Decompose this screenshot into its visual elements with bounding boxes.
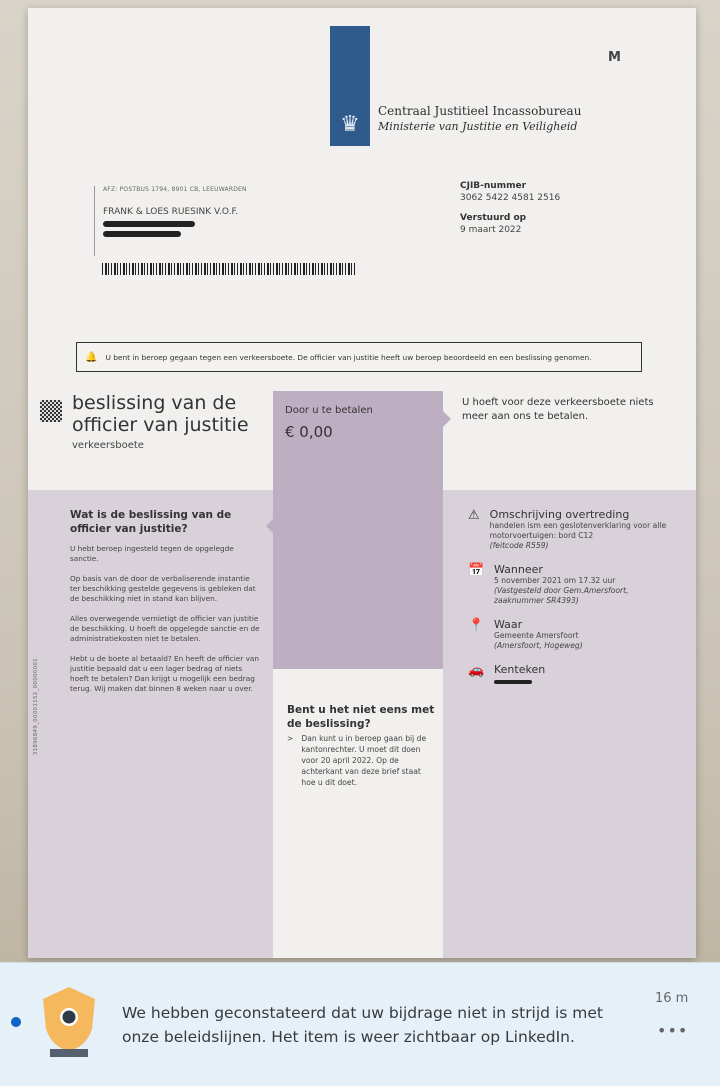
postal-barcode — [102, 263, 357, 275]
fact-item: 📅Wanneer5 november 2021 om 17.32 uur(Vas… — [468, 563, 678, 606]
decision-paragraph: U hebt beroep ingesteld tegen de opgeleg… — [70, 544, 260, 564]
decision-section: Wat is de beslissing van de officier van… — [70, 508, 260, 704]
ministry-name: Ministerie van Justitie en Veiligheid — [378, 120, 577, 133]
fact-title: Wanneer — [494, 563, 678, 576]
notice-text: U bent in beroep gegaan tegen een verkee… — [105, 353, 591, 362]
decision-title: Wat is de beslissing van de officier van… — [70, 508, 260, 536]
sender-line: AFZ: POSTBUS 1794, 8901 CB, LEEUWARDEN — [103, 186, 247, 193]
payment-note: U hoeft voor deze verkeersboete niets me… — [462, 396, 662, 424]
cjib-number-value: 3062 5422 4581 2516 — [460, 192, 560, 204]
fact-note: (Vastgesteld door Gem.Amersfoort, zaaknu… — [494, 586, 678, 606]
fact-note: (feitcode R559) — [490, 541, 678, 551]
shield-icon — [40, 985, 98, 1059]
sent-date-label: Verstuurd op — [460, 212, 560, 224]
disagree-title: Bent u het niet eens met de beslissing? — [287, 703, 443, 731]
fact-detail: 5 november 2021 om 17.32 uur — [494, 576, 678, 586]
fact-item: ⚠Omschrijving overtredinghandelen ism ee… — [468, 508, 678, 551]
fact-detail: handelen ism een geslotenverklaring voor… — [490, 521, 678, 541]
more-options-button[interactable]: ••• — [657, 1021, 688, 1040]
redaction-mark — [103, 221, 195, 227]
address-block: AFZ: POSTBUS 1794, 8901 CB, LEEUWARDEN F… — [94, 186, 247, 256]
linkedin-notification[interactable]: We hebben geconstateerd dat uw bijdrage … — [0, 962, 720, 1086]
redaction-mark — [494, 680, 532, 684]
payment-label: Door u te betalen — [285, 405, 373, 416]
corner-mark: M — [608, 50, 621, 65]
fact-title: Kenteken — [494, 663, 545, 676]
letter-meta: CJIB-nummer 3062 5422 4581 2516 Verstuur… — [460, 180, 560, 236]
payment-amount: € 0,00 — [285, 423, 333, 441]
appeal-notice: 🔔 U bent in beroep gegaan tegen een verk… — [76, 342, 642, 372]
fact-title: Omschrijving overtreding — [490, 508, 678, 521]
decision-paragraph: Op basis van de door de verbaliserende i… — [70, 574, 260, 604]
notification-time: 16 m — [655, 991, 688, 1006]
sent-date-value: 9 maart 2022 — [460, 224, 560, 236]
disagree-panel: Bent u het niet eens met de beslissing? … — [273, 669, 443, 958]
bell-icon: 🔔 — [85, 352, 97, 363]
cjib-number-label: CJIB-nummer — [460, 180, 560, 192]
chevron-right-icon: > — [287, 733, 293, 788]
government-logo: ♛ — [330, 26, 370, 146]
qr-code-icon — [40, 400, 62, 422]
decision-paragraph: Hebt u de boete al betaald? En heeft de … — [70, 654, 260, 694]
document-subtitle: verkeersboete — [72, 440, 144, 451]
unread-dot — [11, 1017, 21, 1027]
warning-icon: ⚠ — [468, 508, 480, 551]
notification-message: We hebben geconstateerd dat uw bijdrage … — [122, 1001, 642, 1049]
margin-id: 31896849_00001152_00000001 — [33, 658, 39, 755]
recipient-name: FRANK & LOES RUESINK V.O.F. — [103, 207, 247, 217]
arrow-right-icon — [443, 411, 451, 427]
disagree-text: Dan kunt u in beroep gaan bij de kantonr… — [301, 733, 437, 788]
offence-details: ⚠Omschrijving overtredinghandelen ism ee… — [468, 508, 678, 696]
fact-title: Waar — [494, 618, 583, 631]
fact-detail: Gemeente Amersfoort — [494, 631, 583, 641]
calendar-icon: 📅 — [468, 563, 484, 606]
redaction-mark — [103, 231, 181, 237]
decision-paragraph: Alles overwegende vernietigt de officier… — [70, 614, 260, 644]
document-title: beslissing van de officier van justitie — [72, 392, 249, 436]
arrow-left-icon — [266, 518, 274, 534]
fact-item: 📍WaarGemeente Amersfoort(Amersfoort, Hog… — [468, 618, 678, 651]
location-pin-icon: 📍 — [468, 618, 484, 651]
car-icon: 🚗 — [468, 663, 484, 684]
org-name: Centraal Justitieel Incassobureau — [378, 104, 581, 118]
cjib-letter: ♛ Centraal Justitieel Incassobureau Mini… — [28, 8, 696, 958]
payment-panel: Door u te betalen € 0,00 — [273, 391, 443, 669]
coat-of-arms-icon: ♛ — [334, 110, 366, 140]
fact-note: (Amersfoort, Hogeweg) — [494, 641, 583, 651]
fact-item: 🚗Kenteken — [468, 663, 678, 684]
